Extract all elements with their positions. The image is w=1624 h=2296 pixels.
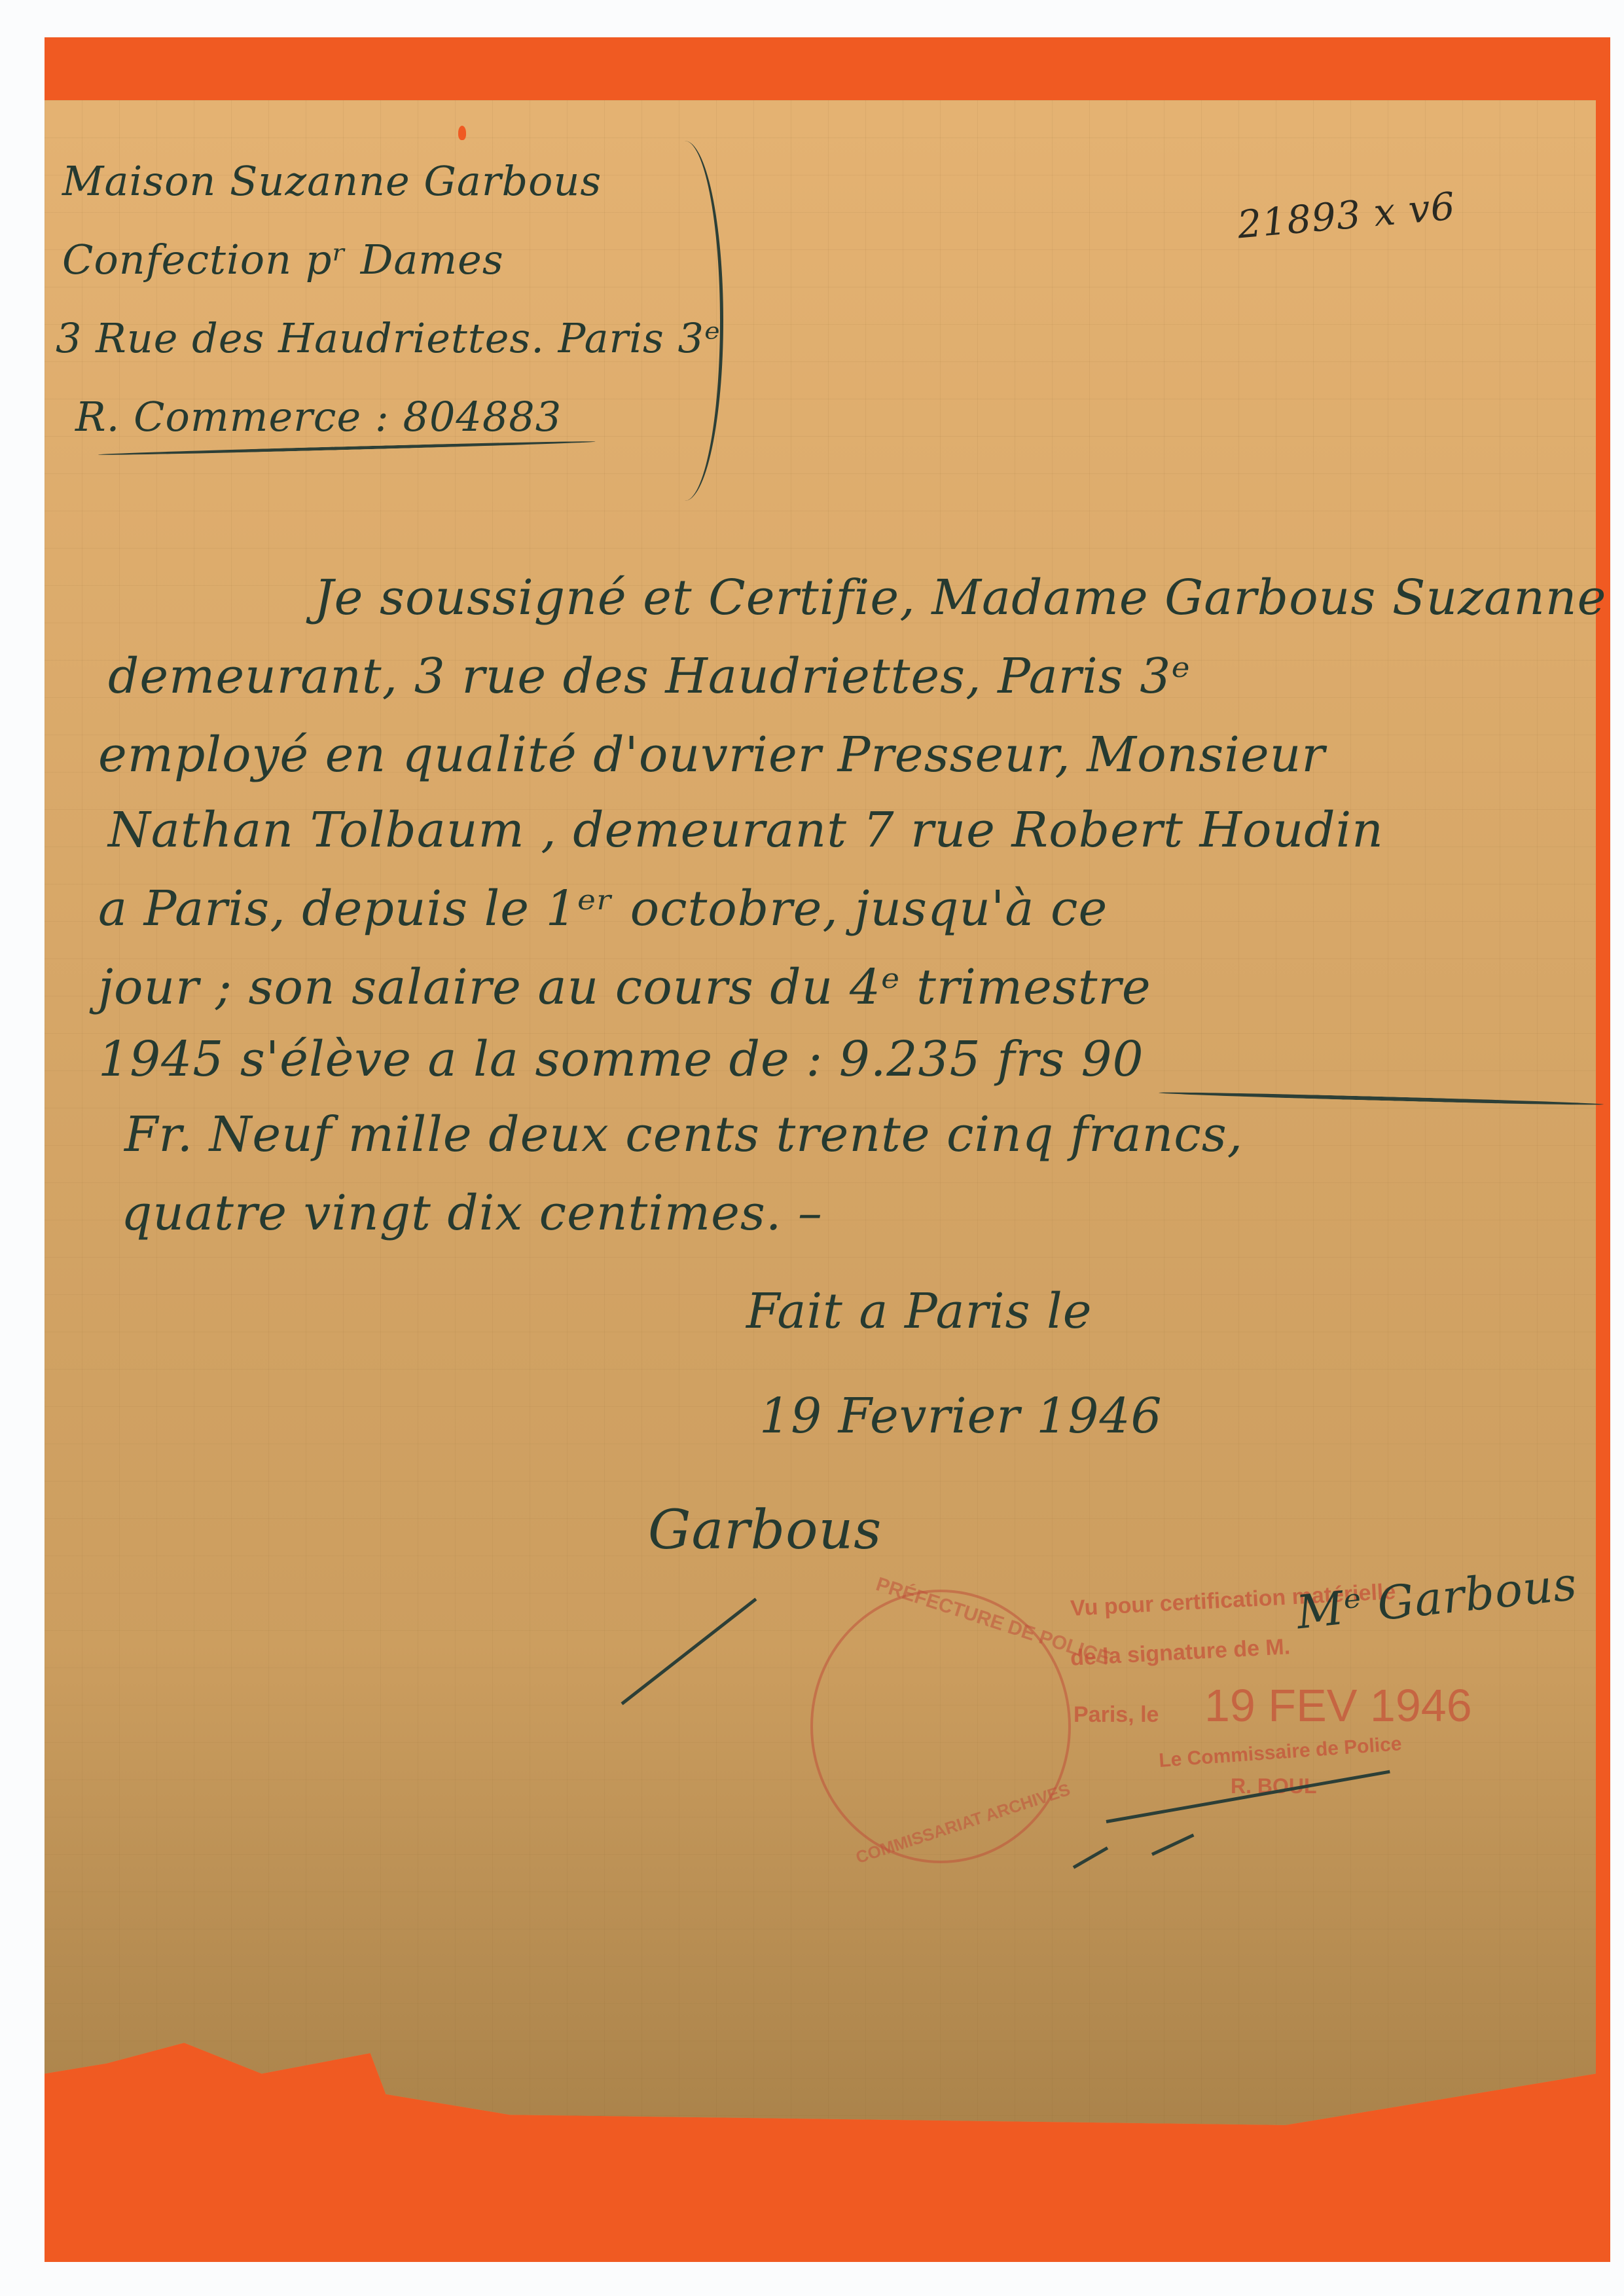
letterhead-line-address: 3 Rue des Haudriettes. Paris 3ᵉ	[56, 314, 721, 362]
body-line: a Paris, depuis le 1ᵉʳ octobre, jusqu'à …	[98, 881, 1108, 937]
letterhead-line-business: Maison Suzanne Garbous	[62, 157, 602, 205]
body-line: Je soussigné et Certifie, Madame Garbous…	[314, 570, 1606, 626]
signature-garbous: Garbous	[648, 1499, 882, 1561]
body-line: Nathan Tolbaum , demeurant 7 rue Robert …	[108, 802, 1384, 858]
red-mark	[458, 126, 466, 140]
stamp-date: 19 FEV 1946	[1204, 1679, 1472, 1732]
letterhead-line-registry: R. Commerce : 804883	[75, 393, 562, 441]
closing-place: Fait a Paris le	[746, 1283, 1092, 1339]
body-line: jour ; son salaire au cours du 4ᵉ trimes…	[98, 959, 1151, 1015]
body-line: demeurant, 3 rue des Haudriettes, Paris …	[108, 648, 1191, 704]
body-line: Fr. Neuf mille deux cents trente cinq fr…	[124, 1106, 1243, 1163]
body-line: quatre vingt dix centimes. –	[121, 1185, 823, 1241]
stamp-paris-label: Paris, le	[1074, 1702, 1159, 1728]
body-line: employé en qualité d'ouvrier Presseur, M…	[98, 727, 1326, 783]
closing-date: 19 Fevrier 1946	[759, 1388, 1163, 1444]
body-line-amount: 1945 s'élève a la somme de : 9.235 frs 9…	[98, 1031, 1144, 1087]
letterhead-line-trade: Confection pʳ Dames	[62, 236, 504, 283]
